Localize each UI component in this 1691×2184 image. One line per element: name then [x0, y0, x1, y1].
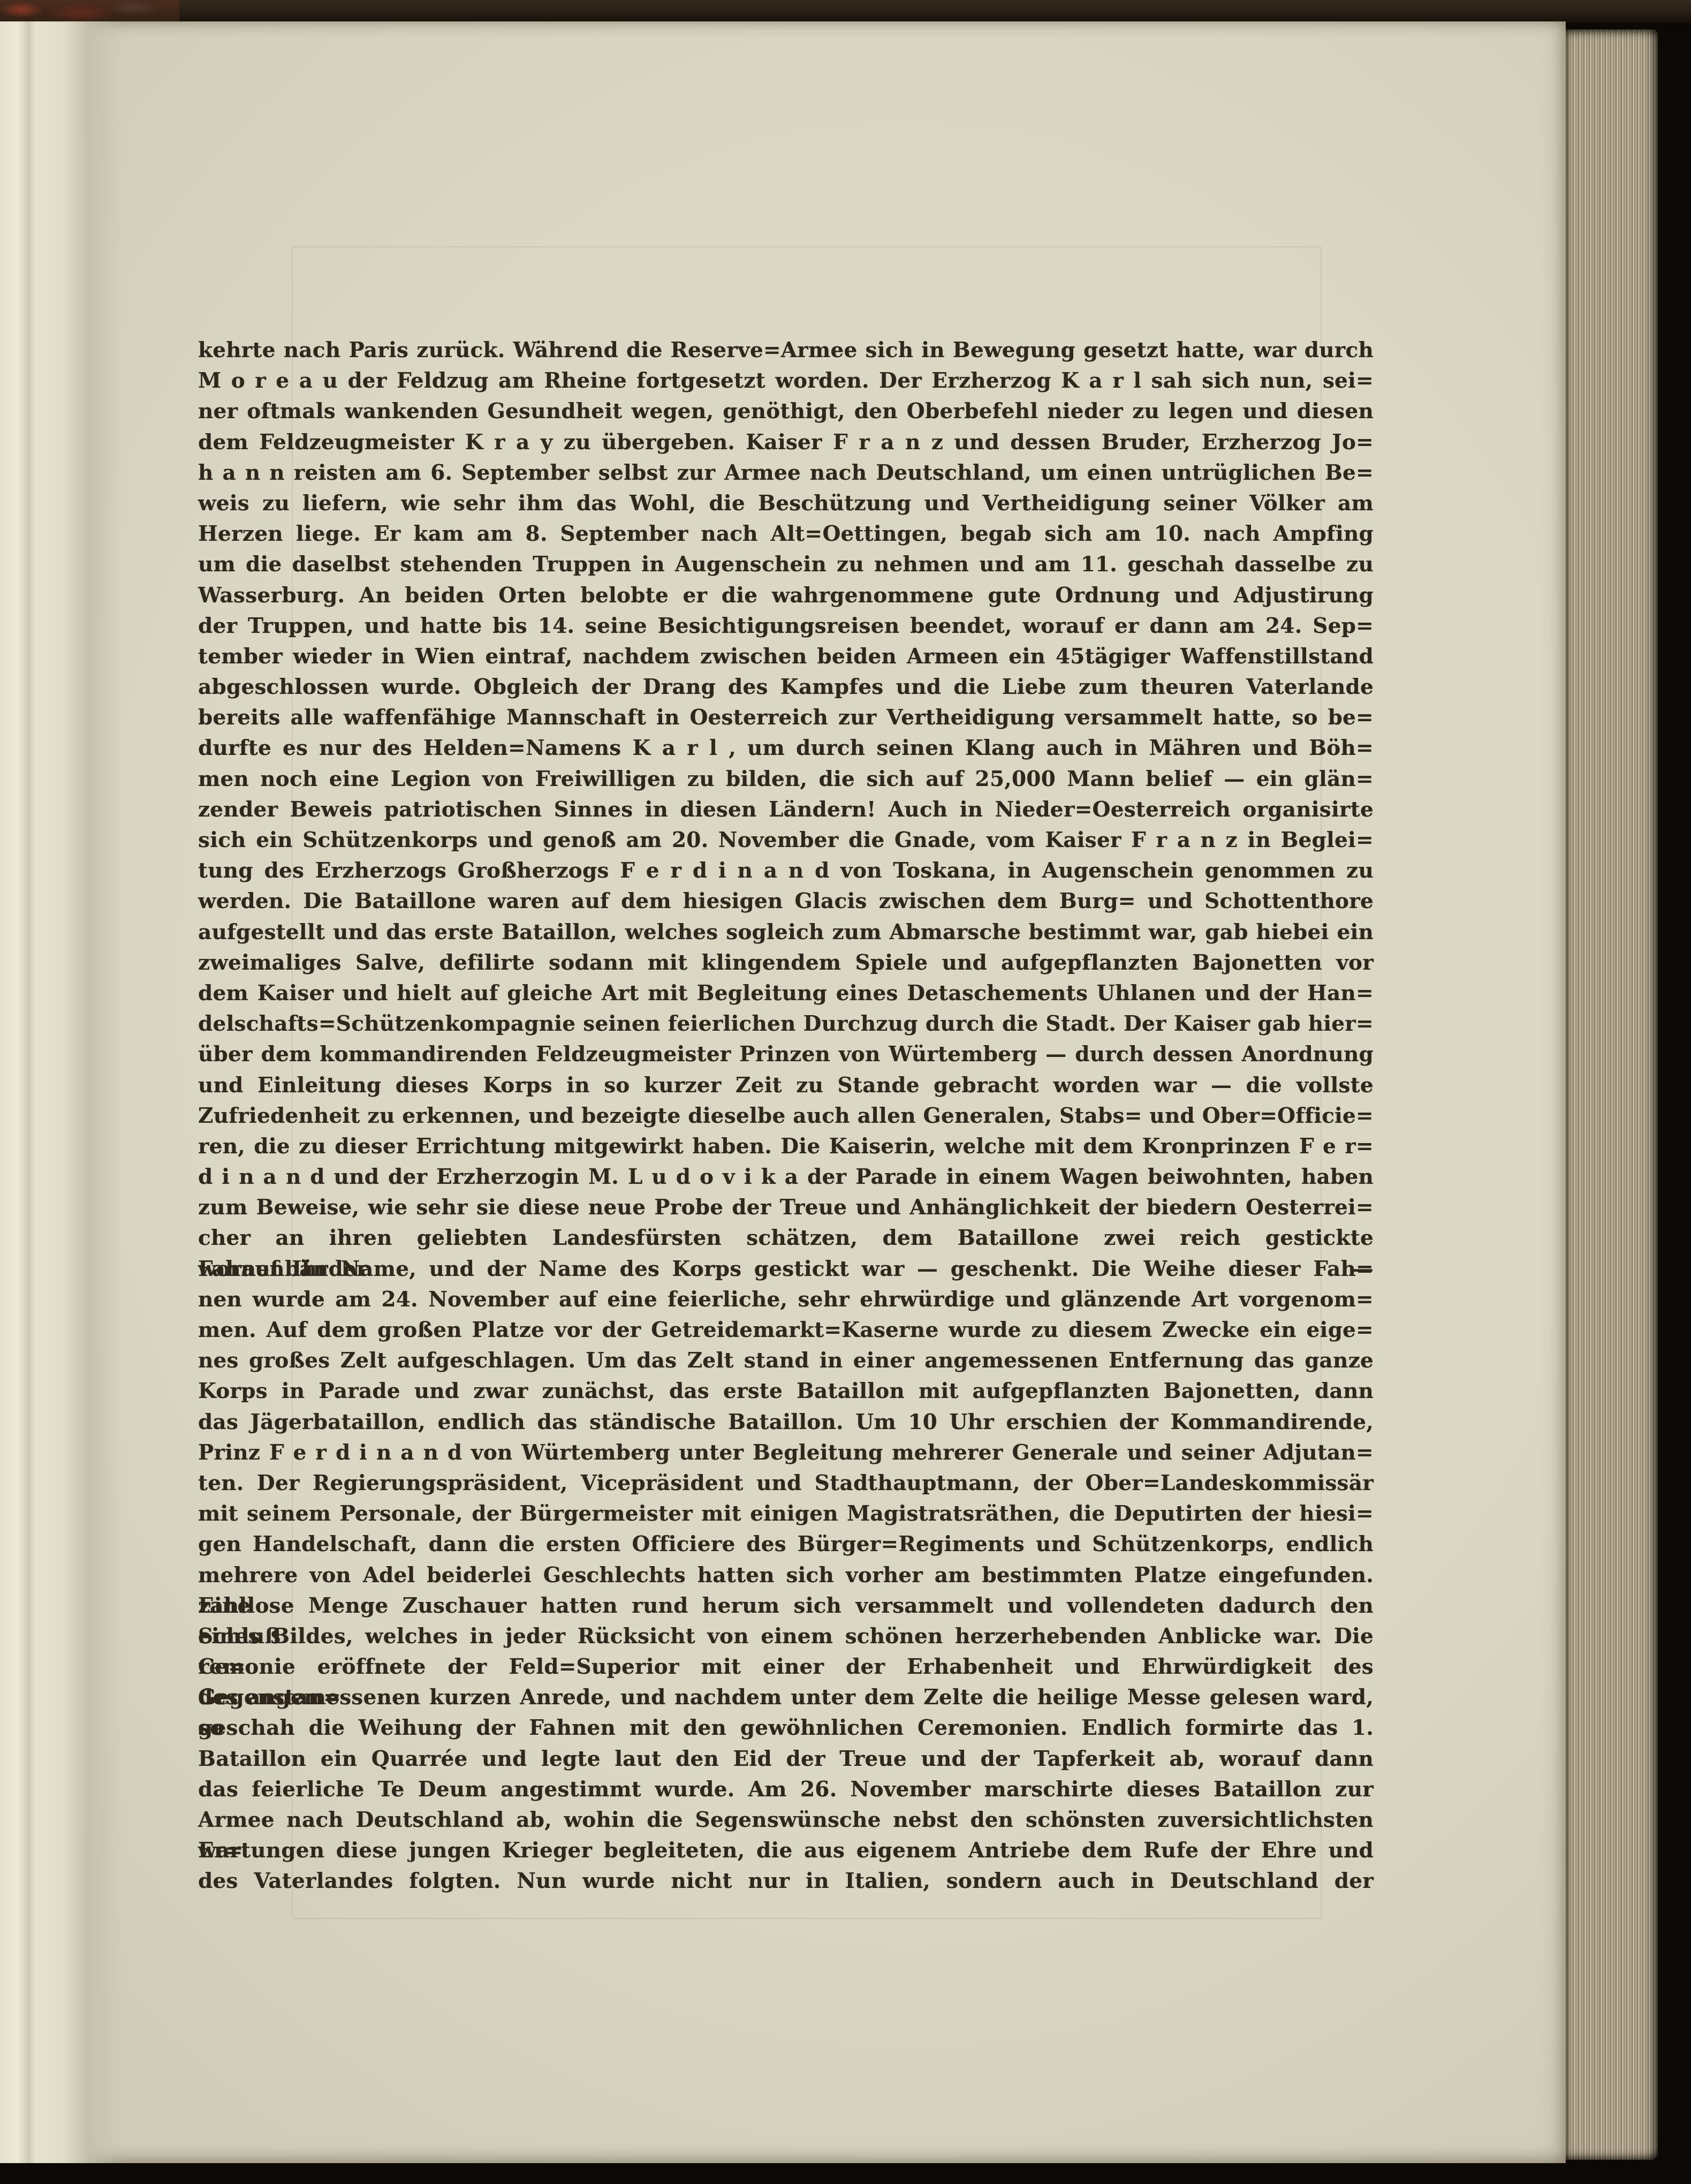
text-line: dem Feldzeugmeister K r a y zu übergeben… [198, 427, 1374, 458]
text-line: ten. Der Regierungspräsident, Vicepräsid… [198, 1468, 1374, 1499]
text-line: mit seinem Personale, der Bürgermeister … [198, 1499, 1374, 1529]
book-cover-top-edge [0, 0, 1691, 22]
text-line: um die daselbst stehenden Truppen in Aug… [198, 549, 1374, 580]
text-line: gen Handelschaft, dann die ersten Offici… [198, 1529, 1374, 1560]
text-line: ner oftmals wankenden Gesundheit wegen, … [198, 396, 1374, 427]
text-line: men. Auf dem großen Platze vor der Getre… [198, 1315, 1374, 1346]
text-line: der Truppen, und hatte bis 14. seine Bes… [198, 611, 1374, 641]
text-line: dem Kaiser und hielt auf gleiche Art mit… [198, 978, 1374, 1009]
text-line: mehrere von Adel beiderlei Geschlechts h… [198, 1560, 1374, 1591]
text-line: über dem kommandirenden Feldzeugmeister … [198, 1039, 1374, 1070]
text-line: Korps in Parade und zwar zunächst, das e… [198, 1376, 1374, 1407]
text-line: durfte es nur des Helden=Namens K a r l … [198, 733, 1374, 764]
text-line: wartungen diese jungen Krieger begleitet… [198, 1835, 1374, 1866]
text-line: das Jägerbataillon, endlich das ständisc… [198, 1407, 1374, 1438]
text-line: aufgestellt und das erste Bataillon, wel… [198, 917, 1374, 948]
text-line: sich ein Schützenkorps und genoß am 20. … [198, 825, 1374, 856]
text-line: weis zu liefern, wie sehr ihm das Wohl, … [198, 488, 1374, 519]
scanned-book-photo: kehrte nach Paris zurück. Während die Re… [0, 0, 1691, 2184]
text-line: Zufriedenheit zu erkennen, und bezeigte … [198, 1101, 1374, 1131]
page-gutter-fold [0, 21, 123, 2163]
text-line: nen wurde am 24. November auf eine feier… [198, 1284, 1374, 1315]
text-line: delschafts=Schützenkompagnie seinen feie… [198, 1009, 1374, 1039]
text-line: werden. Die Bataillone waren auf dem hie… [198, 886, 1374, 917]
text-line: und Einleitung dieses Korps in so kurzer… [198, 1070, 1374, 1101]
book-page: kehrte nach Paris zurück. Während die Re… [0, 21, 1566, 2163]
text-line: des Vaterlandes folgten. Nun wurde nicht… [198, 1866, 1374, 1896]
text-line: cher an ihren geliebten Landesfürsten sc… [198, 1223, 1374, 1253]
text-line: eines Bildes, welches in jeder Rücksicht… [198, 1621, 1374, 1652]
text-line: geschah die Weihung der Fahnen mit den g… [198, 1713, 1374, 1743]
text-line: remonie eröffnete der Feld=Superior mit … [198, 1652, 1374, 1682]
text-line: zum Beweise, wie sehr sie diese neue Pro… [198, 1192, 1374, 1223]
text-line: d i n a n d und der Erzherzogin M. L u d… [198, 1162, 1374, 1192]
page-text-block: kehrte nach Paris zurück. Während die Re… [198, 335, 1374, 1897]
text-line: nes großes Zelt aufgeschlagen. Um das Ze… [198, 1346, 1374, 1376]
text-line: zahllose Menge Zuschauer hatten rund her… [198, 1591, 1374, 1621]
text-line: abgeschlossen wurde. Obgleich der Drang … [198, 672, 1374, 702]
text-line: Bataillon ein Quarrée und legte laut den… [198, 1744, 1374, 1774]
text-line: tung des Erzherzogs Großherzogs F e r d … [198, 856, 1374, 886]
fore-edge-page-stack [1566, 29, 1658, 2160]
text-line: ren, die zu dieser Errichtung mitgewirkt… [198, 1131, 1374, 1162]
text-line: Armee nach Deutschland ab, wohin die Seg… [198, 1805, 1374, 1835]
text-line: tember wieder in Wien eintraf, nachdem z… [198, 641, 1374, 672]
text-line: Herzen liege. Er kam am 8. September nac… [198, 519, 1374, 549]
text-line: zweimaliges Salve, defilirte sodann mit … [198, 948, 1374, 978]
text-line: des angemessenen kurzen Anrede, und nach… [198, 1682, 1374, 1713]
text-line: zender Beweis patriotischen Sinnes in di… [198, 795, 1374, 825]
text-line: men noch eine Legion von Freiwilligen zu… [198, 764, 1374, 795]
text-line: kehrte nach Paris zurück. Während die Re… [198, 335, 1374, 366]
text-line: bereits alle waffenfähige Mannschaft in … [198, 702, 1374, 733]
text-line: M o r e a u der Feldzug am Rheine fortge… [198, 366, 1374, 396]
text-line: worauf Ihr Name, und der Name des Korps … [198, 1254, 1374, 1284]
text-line: das feierliche Te Deum angestimmt wurde.… [198, 1774, 1374, 1805]
text-line: Prinz F e r d i n a n d von Würtemberg u… [198, 1438, 1374, 1468]
text-line: h a n n reisten am 6. September selbst z… [198, 458, 1374, 488]
text-line: Wasserburg. An beiden Orten belobte er d… [198, 580, 1374, 611]
